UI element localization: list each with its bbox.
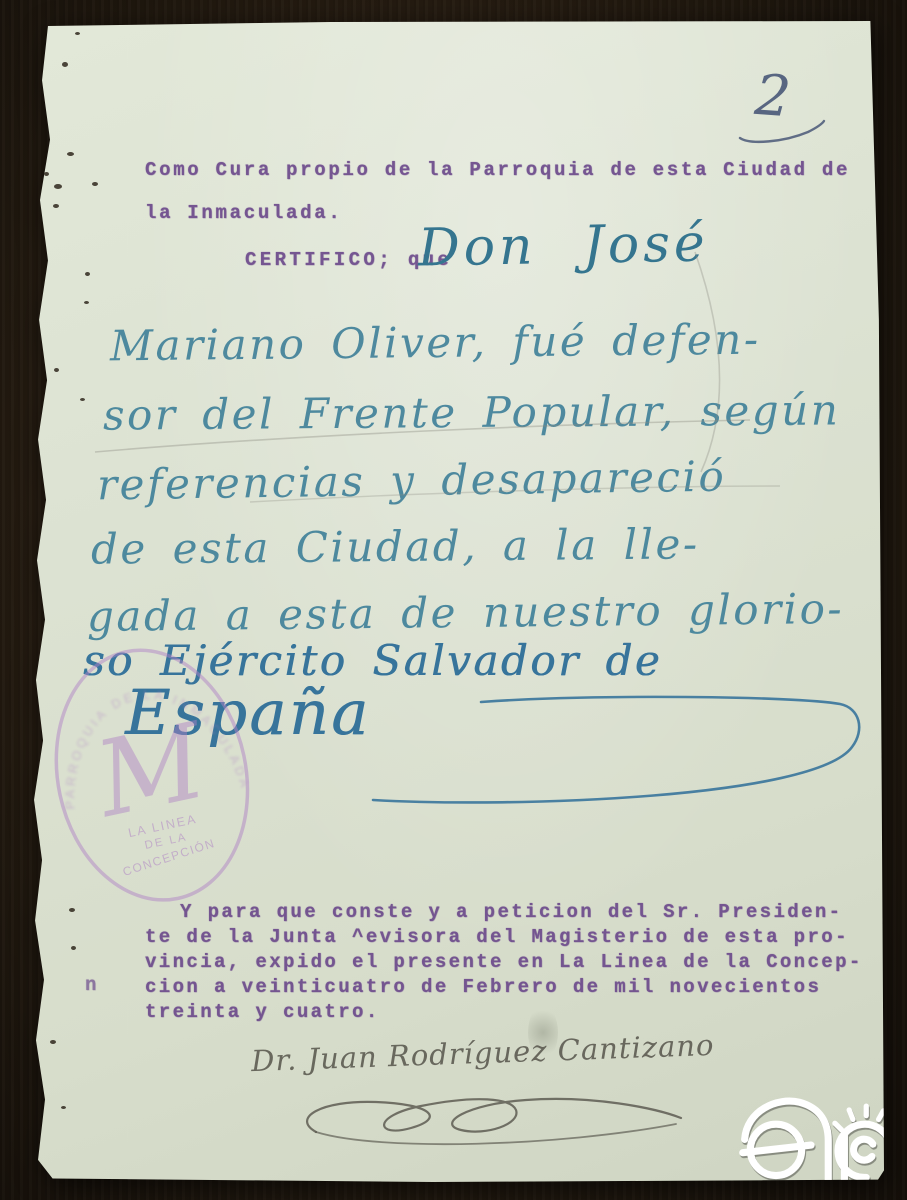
archive-watermark-logo (733, 1090, 895, 1200)
typed-line: te de la Junta ^evisora del Magisterio d… (145, 928, 849, 947)
logo-right-eye-pupil (854, 1139, 873, 1160)
photo-mount: { "page": { "page_number": "2", "backgro… (0, 0, 907, 1200)
typed-line: treinta y cuatro. (145, 1003, 380, 1022)
certificate-page: 2 Como Cura propio de la Parroquia de es… (33, 20, 884, 1182)
paper-speck (43, 138, 48, 141)
document-scan: 2 Como Cura propio de la Parroquia de es… (33, 20, 884, 1182)
typed-line: vincia, expido el presente en La Linea d… (145, 953, 863, 972)
typed-line: cion a veinticuatro de Febrero de mil no… (145, 978, 821, 997)
typed-line: Y para que conste y a peticion del Sr. P… (180, 903, 843, 922)
typed-stray-char: n (85, 976, 99, 995)
signature-flourish-stroke (261, 1080, 691, 1170)
